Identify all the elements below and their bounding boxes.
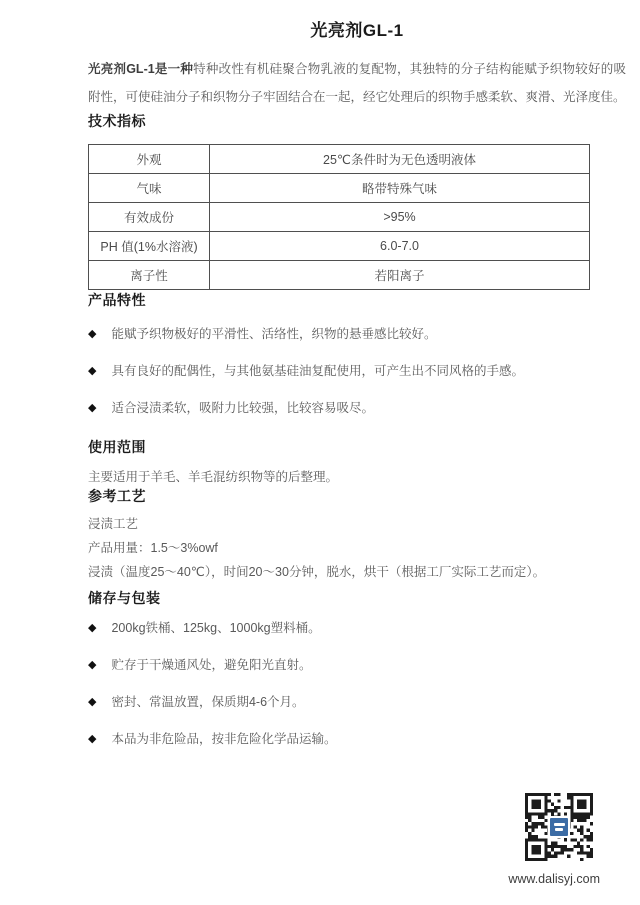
website-url: www.dalisyj.com (508, 872, 600, 886)
page-title: 光亮剂GL-1 (88, 0, 626, 41)
storage-list: ◆ 200kg铁桶、125kg、1000kg塑料桶。 ◆ 贮存于干燥通风处，避免… (88, 620, 626, 748)
section-heading-storage: 储存与包装 (88, 588, 626, 608)
diamond-bullet-icon: ◆ (88, 694, 96, 711)
spec-label: 离子性 (89, 261, 210, 290)
document-page: 光亮剂GL-1 光亮剂GL-1是一种特种改性有机硅聚合物乳液的复配物，其独特的分… (0, 0, 640, 905)
table-row: 外观 25℃条件时为无色透明液体 (89, 145, 590, 174)
tech-spec-table: 外观 25℃条件时为无色透明液体 气味 略带特殊气味 有效成份 >95% PH … (88, 144, 590, 290)
diamond-bullet-icon: ◆ (88, 657, 96, 674)
spec-value: 25℃条件时为无色透明液体 (210, 145, 590, 174)
section-heading-tech-specs: 技术指标 (88, 111, 626, 131)
spec-label: 外观 (89, 145, 210, 174)
spec-value: 略带特殊气味 (210, 174, 590, 203)
spec-label: 有效成份 (89, 203, 210, 232)
table-row: 有效成份 >95% (89, 203, 590, 232)
qr-center-logo (548, 816, 570, 838)
diamond-bullet-icon: ◆ (88, 400, 96, 417)
spec-value: >95% (210, 203, 590, 232)
section-heading-usage: 使用范围 (88, 437, 626, 457)
diamond-bullet-icon: ◆ (88, 363, 96, 380)
diamond-bullet-icon: ◆ (88, 731, 96, 748)
qr-code (525, 793, 593, 861)
storage-text: 密封、常温放置，保质期4-6个月。 (111, 694, 304, 711)
usage-text: 主要适用于羊毛、羊毛混纺织物等的后整理。 (88, 469, 626, 486)
storage-text: 贮存于干燥通风处，避免阳光直射。 (111, 657, 311, 674)
list-item: ◆ 贮存于干燥通风处，避免阳光直射。 (88, 657, 626, 674)
storage-text: 200kg铁桶、125kg、1000kg塑料桶。 (111, 620, 320, 637)
diamond-bullet-icon: ◆ (88, 326, 96, 343)
list-item: ◆ 适合浸渍柔软，吸附力比较强，比较容易吸尽。 (88, 400, 626, 417)
list-item: ◆ 密封、常温放置，保质期4-6个月。 (88, 694, 626, 711)
intro-paragraph: 光亮剂GL-1是一种特种改性有机硅聚合物乳液的复配物，其独特的分子结构能赋予织物… (88, 55, 626, 111)
table-row: PH 值(1%水溶液) 6.0-7.0 (89, 232, 590, 261)
spec-label: PH 值(1%水溶液) (89, 232, 210, 261)
spec-value: 若阳离子 (210, 261, 590, 290)
intro-bold-text: 光亮剂GL-1是一种 (88, 62, 193, 76)
qr-block (525, 793, 593, 861)
process-line: 浸渍（温度25～40℃），时间20～30分钟，脱水，烘干（根据工厂实际工艺而定）… (88, 564, 626, 581)
feature-text: 适合浸渍柔软，吸附力比较强，比较容易吸尽。 (111, 400, 374, 417)
process-line: 产品用量：1.5～3%owf (88, 540, 626, 557)
list-item: ◆ 本品为非危险品，按非危险化学品运输。 (88, 731, 626, 748)
process-line: 浸渍工艺 (88, 516, 626, 533)
list-item: ◆ 200kg铁桶、125kg、1000kg塑料桶。 (88, 620, 626, 637)
table-row: 离子性 若阳离子 (89, 261, 590, 290)
section-heading-features: 产品特性 (88, 290, 626, 310)
section-heading-process: 参考工艺 (88, 486, 626, 506)
diamond-bullet-icon: ◆ (88, 620, 96, 637)
feature-text: 能赋予织物极好的平滑性、活络性，织物的悬垂感比较好。 (111, 326, 436, 343)
feature-text: 具有良好的配偶性，与其他氨基硅油复配使用，可产生出不同风格的手感。 (111, 363, 524, 380)
spec-value: 6.0-7.0 (210, 232, 590, 261)
table-row: 气味 略带特殊气味 (89, 174, 590, 203)
list-item: ◆ 能赋予织物极好的平滑性、活络性，织物的悬垂感比较好。 (88, 326, 626, 343)
spec-label: 气味 (89, 174, 210, 203)
list-item: ◆ 具有良好的配偶性，与其他氨基硅油复配使用，可产生出不同风格的手感。 (88, 363, 626, 380)
features-list: ◆ 能赋予织物极好的平滑性、活络性，织物的悬垂感比较好。 ◆ 具有良好的配偶性，… (88, 326, 626, 417)
storage-text: 本品为非危险品，按非危险化学品运输。 (111, 731, 336, 748)
